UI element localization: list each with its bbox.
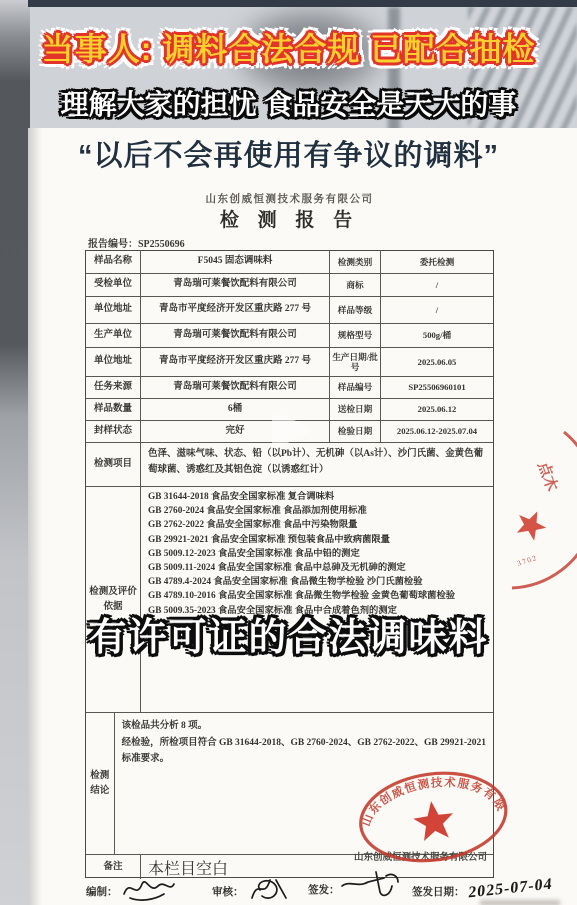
field-value: 2025.06.12 <box>380 399 493 420</box>
test-items-content: 色泽、滋味气味、状态、铅（以Pb计）、无机砷（以As计）、沙门氏菌、金黄色葡萄球… <box>140 443 493 486</box>
basis-row: 检测及评价依据 GB 31644-2018 食品安全国家标准 复合调味料 GB … <box>86 487 493 713</box>
test-items-label: 检测项目 <box>86 443 140 486</box>
caption-middle: 有许可证的合法调味料 <box>0 606 577 661</box>
play-icon <box>268 410 312 450</box>
conclusion-label: 检测结论 <box>86 713 114 854</box>
field-label: 送检日期 <box>329 399 380 420</box>
standard-line: GB 4789.10-2016 食品安全国家标准 食品微生物学检验 金黄色葡萄球… <box>148 589 486 603</box>
standard-line: GB 2760-2024 食品安全国家标准 食品添加剂使用标准 <box>148 504 486 518</box>
side-seal-stamp: 点木 3702 <box>498 430 577 595</box>
field-label: 商标 <box>329 274 380 296</box>
table-row: 单位地址 青岛市平度经济开发区重庆路 277 号 生产日期/批号 2025.06… <box>86 348 493 377</box>
table-row: 生产单位 青岛瑞可莱餐饮配料有限公司 规格型号 500g/桶 <box>86 324 493 348</box>
lab-company-name: 山东创威恒测技术服务有限公司 <box>85 191 494 206</box>
field-value: 2025.06.05 <box>380 348 493 376</box>
standard-line: GB 29921-2021 食品安全国家标准 预包装食品中致病菌限量 <box>148 533 486 547</box>
issued-by-label: 签发： <box>308 882 340 897</box>
page-number-smudge <box>480 900 560 905</box>
standard-line: GB 5009.11-2024 食品安全国家标准 食品中总砷及无机砷的测定 <box>148 561 486 575</box>
field-label: 检验日期 <box>329 421 380 442</box>
prepared-by-signature <box>120 874 178 904</box>
report-number: 报告编号：SP2550696 <box>88 235 185 250</box>
table-row: 任务来源 青岛瑞可莱餐饮配料有限公司 样品编号 SP25506960101 <box>86 377 493 399</box>
field-label: 规格型号 <box>329 324 380 347</box>
field-label: 样品名称 <box>86 251 140 273</box>
field-label: 样品等级 <box>329 297 380 323</box>
field-label: 单位地址 <box>86 297 140 323</box>
side-seal-mark: 点木 <box>534 459 561 493</box>
reviewed-by-signature <box>246 874 292 904</box>
field-label: 任务来源 <box>86 377 140 398</box>
field-value: 青岛瑞可莱餐饮配料有限公司 <box>140 274 329 296</box>
table-row: 受检单位 青岛瑞可莱餐饮配料有限公司 商标 / <box>86 274 493 297</box>
caption-subline: 理解大家的担忧 食品安全是天大的事 <box>0 83 577 123</box>
conclusion-line: 经检验，所检项目符合 GB 31644-2018、GB 2760-2024、GB… <box>122 735 486 752</box>
report-number-value: SP2550696 <box>138 239 185 250</box>
field-value: 青岛瑞可莱餐饮配料有限公司 <box>140 377 329 398</box>
field-value: 500g/桶 <box>380 324 493 347</box>
side-seal-digits: 3702 <box>516 553 539 568</box>
field-value: SP25506960101 <box>380 377 493 398</box>
field-value: / <box>380 274 493 296</box>
conclusion-line: 该检品共分析 8 项。 <box>122 718 486 735</box>
field-value: 青岛市平度经济开发区重庆路 277 号 <box>140 348 329 376</box>
table-row: 单位地址 青岛市平度经济开发区重庆路 277 号 样品等级 / <box>86 297 493 324</box>
video-frame: 山东创威恒测技术服务有限公司 检 测 报 告 报告编号：SP2550696 样品… <box>0 0 577 905</box>
field-label: 单位地址 <box>86 348 140 376</box>
caption-headline: 当事人: 调料合法合规 已配合抽检 <box>0 24 577 70</box>
basis-content: GB 31644-2018 食品安全国家标准 复合调味料 GB 2760-202… <box>140 487 493 712</box>
report-number-label: 报告编号： <box>88 239 138 250</box>
test-items-text: 色泽、滋味气味、状态、铅（以Pb计）、无机砷（以As计）、沙门氏菌、金黄色葡萄球… <box>148 447 486 478</box>
play-button[interactable] <box>268 410 312 450</box>
standard-line: GB 5009.12-2023 食品安全国家标准 食品中铅的测定 <box>148 547 486 561</box>
field-value: F5045 固态调味料 <box>140 251 329 273</box>
seal-star-icon <box>411 798 456 842</box>
report-title: 检 测 报 告 <box>85 205 494 232</box>
prepared-by-label: 编制： <box>86 884 118 899</box>
field-label: 检测类别 <box>329 251 380 273</box>
standard-line: GB 31644-2018 食品安全国家标准 复合调味料 <box>148 490 486 504</box>
field-label: 样品数量 <box>86 399 140 420</box>
reviewed-by-label: 审核： <box>212 884 244 899</box>
standard-line: GB 4789.4-2024 食品安全国家标准 食品微生物学检验 沙门氏菌检验 <box>148 575 486 589</box>
basis-label: 检测及评价依据 <box>86 487 140 712</box>
field-label: 样品编号 <box>329 377 380 398</box>
field-value: / <box>380 297 493 323</box>
caption-quote: “以后不会再使用有争议的调料” <box>0 133 577 174</box>
side-seal-star-icon <box>512 505 551 543</box>
field-label: 生产日期/批号 <box>329 348 380 376</box>
standard-line: GB 2762-2022 食品安全国家标准 食品中污染物限量 <box>148 518 486 532</box>
company-seal-stamp: 山东创威恒测技术服务有限公司 <box>346 754 520 876</box>
issue-date-handwritten: 2025-07-04 <box>468 875 553 902</box>
field-value: 委托检测 <box>380 251 493 273</box>
field-value: 青岛市平度经济开发区重庆路 277 号 <box>140 297 329 323</box>
field-value: 2025.06.12-2025.07.04 <box>380 421 493 442</box>
table-row: 样品名称 F5045 固态调味料 检测类别 委托检测 <box>86 251 493 274</box>
issue-date-label: 签发日期： <box>412 884 465 899</box>
issued-by-signature <box>340 868 402 900</box>
field-label: 生产单位 <box>86 324 140 347</box>
field-value: 青岛瑞可莱餐饮配料有限公司 <box>140 324 329 347</box>
field-label: 受检单位 <box>86 274 140 296</box>
field-label: 封样状态 <box>86 421 140 442</box>
